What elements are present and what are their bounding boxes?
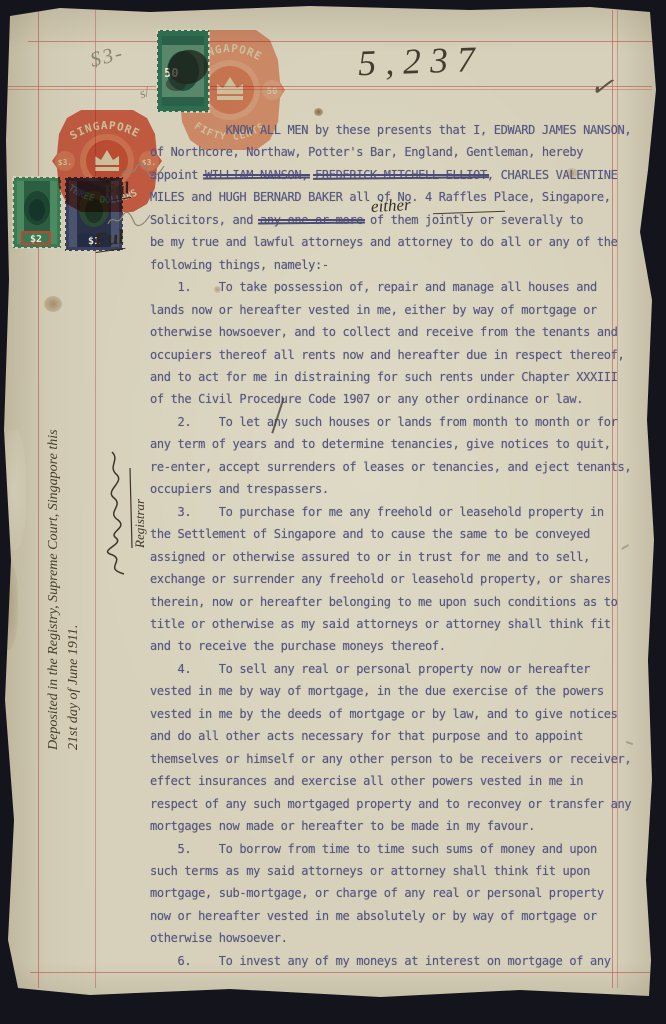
- typed-line: vested in me by way of mortgage, in the …: [150, 680, 652, 702]
- typed-line: appoint WILLIAM NANSON, FREDERICK MITCHE…: [150, 164, 652, 186]
- typed-line: 2. To let any such houses or lands from …: [150, 411, 652, 433]
- typed-line: following things, namely:-: [150, 254, 652, 276]
- typed-text: the Settlement of Singapore and to cause…: [150, 527, 590, 541]
- typed-text-block: KNOW ALL MEN by these presents that I, E…: [150, 119, 652, 972]
- stain-blotch-left-edge: [0, 560, 18, 650]
- ruled-line-top2b: [8, 89, 652, 90]
- typed-line: respect of any such mortgaged property a…: [150, 793, 652, 815]
- typed-line: re-enter, accept surrenders of leases or…: [150, 456, 652, 478]
- typed-line: 1. To take possession of, repair and man…: [150, 276, 652, 298]
- typed-line: and do all other acts necessary for that…: [150, 725, 652, 747]
- typed-text: themselves or himself or any other perso…: [150, 752, 631, 766]
- pencil-price-note: $3-: [87, 40, 126, 72]
- typed-line: vested in me by the deeds of mortgage or…: [150, 703, 652, 725]
- typed-line: exchange or surrender any freehold or le…: [150, 568, 652, 590]
- typed-text: 6. To invest any of my moneys at interes…: [150, 954, 611, 968]
- pencil-checkmark: ✓: [588, 69, 616, 106]
- typed-line: and to receive the purchase moneys there…: [150, 635, 652, 657]
- typed-line: otherwise howsoever.: [150, 927, 652, 949]
- typed-line: mortgage, sub-mortgage, or charge of any…: [150, 882, 652, 904]
- ruled-line-top2a: [8, 86, 652, 87]
- typed-line: KNOW ALL MEN by these presents that I, E…: [150, 119, 652, 141]
- typed-line: otherwise howsoever, and to collect and …: [150, 321, 652, 343]
- typed-text: re-enter, accept surrenders of leases or…: [150, 460, 631, 474]
- ruled-line-top: [28, 41, 652, 42]
- typed-text: title or otherwise as my said attorneys …: [150, 617, 611, 631]
- typed-text: lands now or hereafter vested in me, eit…: [150, 303, 597, 317]
- typed-text: vested in me by the deeds of mortgage or…: [150, 707, 617, 721]
- typed-line: of Northcore, Northaw, Potter's Bar, Eng…: [150, 141, 652, 163]
- typed-text: exchange or surrender any freehold or le…: [150, 572, 611, 586]
- stamp-value-left: $3.: [58, 158, 72, 167]
- typed-line: the Settlement of Singapore and to cause…: [150, 523, 652, 545]
- registrar-title: Registrar: [132, 499, 148, 548]
- typed-text: be my true and lawful attorneys and atto…: [150, 235, 617, 249]
- scanned-document-photo: 50 50 SINGAPORE FIFTY CENTS 50 $2: [0, 0, 666, 1024]
- typed-text: now or hereafter vested in me absolutely…: [150, 909, 597, 923]
- typed-text: KNOW ALL MEN by these presents that I, E…: [150, 123, 631, 137]
- typed-text: and to act for me in distraining for suc…: [150, 370, 617, 384]
- margin-line-left-1: [38, 10, 39, 988]
- typed-text: 5. To borrow from time to time such sums…: [150, 842, 597, 856]
- typed-text: 4. To sell any real or personal property…: [150, 662, 590, 676]
- typed-line: assigned or otherwise assured to or in t…: [150, 546, 652, 568]
- typed-line: occupiers and trespassers.: [150, 478, 652, 500]
- typed-text: assigned or otherwise assured to or in t…: [150, 550, 590, 564]
- typed-text: any term of years and to determine tenan…: [150, 437, 611, 451]
- typed-text: and to receive the purchase moneys there…: [150, 639, 446, 653]
- stain-spot: [44, 296, 62, 312]
- typed-line: now or hereafter vested in me absolutely…: [150, 905, 652, 927]
- typed-text: following things, namely:-: [150, 258, 329, 272]
- typed-line: 3. To purchase for me any freehold or le…: [150, 501, 652, 523]
- typed-text: mortgages now made or hereafter to be ma…: [150, 819, 535, 833]
- typed-line: effect insurances and exercise all other…: [150, 770, 652, 792]
- typed-line: lands now or hereafter vested in me, eit…: [150, 299, 652, 321]
- typed-text: 3. To purchase for me any freehold or le…: [150, 505, 604, 519]
- typed-text: otherwise howsoever, and to collect and …: [150, 325, 617, 339]
- typed-text: respect of any such mortgaged property a…: [150, 797, 631, 811]
- stain-blotch-left-edge: [0, 430, 26, 550]
- struck-text: WILLIAM NANSON,: [205, 168, 308, 182]
- typed-text: occupiers and trespassers.: [150, 482, 329, 496]
- typed-line: and to act for me in distraining for suc…: [150, 366, 652, 388]
- struck-text: FREDERICK MITCHELL ELLIOT: [315, 168, 487, 182]
- typed-line: 5. To borrow from time to time such sums…: [150, 838, 652, 860]
- struck-text: any one or more: [260, 213, 363, 227]
- pencil-small-note: s/: [137, 85, 152, 103]
- typed-text: and do all other acts necessary for that…: [150, 729, 583, 743]
- full-mark-1: Ful: [103, 179, 131, 202]
- typed-text: otherwise howsoever.: [150, 931, 288, 945]
- typed-line: themselves or himself or any other perso…: [150, 748, 652, 770]
- typed-line: be my true and lawful attorneys and atto…: [150, 231, 652, 253]
- adhesive-fifty-cent-stamp: 50: [156, 29, 210, 113]
- typed-line: any term of years and to determine tenan…: [150, 433, 652, 455]
- typed-line: occupiers thereof all rents now and here…: [150, 344, 652, 366]
- registry-note-line1: Deposited in the Registry, Supreme Court…: [46, 429, 62, 750]
- typed-text: of the Civil Procedure Code 1907 or any …: [150, 392, 583, 406]
- typed-text: vested in me by way of mortgage, in the …: [150, 684, 604, 698]
- typed-text: such terms as my said attorneys or attor…: [150, 864, 590, 878]
- typed-text: mortgage, sub-mortgage, or charge of any…: [150, 886, 604, 900]
- typed-text: , CHARLES VALENTINE: [487, 168, 618, 182]
- typed-text: effect insurances and exercise all other…: [150, 774, 583, 788]
- stamp-value: $2: [30, 234, 42, 245]
- typed-text: therein, now or hereafter belonging to m…: [150, 595, 617, 609]
- folio-number: 5,237: [357, 38, 484, 84]
- stain-spot: [314, 108, 323, 116]
- typed-text: 2. To let any such houses or lands from …: [150, 415, 617, 429]
- inserted-word-either: either: [371, 195, 412, 217]
- registry-note-line2: 21st day of June 1911.: [66, 625, 82, 750]
- document-page: 50 50 SINGAPORE FIFTY CENTS 50 $2: [0, 0, 666, 1024]
- full-mark-2: Ful: [93, 227, 126, 253]
- typed-text: Solicitors, and: [150, 213, 260, 227]
- typed-line: mortgages now made or hereafter to be ma…: [150, 815, 652, 837]
- typed-line: of the Civil Procedure Code 1907 or any …: [150, 388, 652, 410]
- typed-line: such terms as my said attorneys or attor…: [150, 860, 652, 882]
- typed-line: 4. To sell any real or personal property…: [150, 658, 652, 680]
- typed-line: title or otherwise as my said attorneys …: [150, 613, 652, 635]
- typed-text: occupiers thereof all rents now and here…: [150, 348, 624, 362]
- stamp-value-right: 50: [267, 87, 278, 97]
- typed-text: 1. To take possession of, repair and man…: [150, 280, 597, 294]
- typed-line: therein, now or hereafter belonging to m…: [150, 591, 652, 613]
- typed-line: 6. To invest any of my moneys at interes…: [150, 950, 652, 972]
- typed-text: of Northcore, Northaw, Potter's Bar, Eng…: [150, 145, 583, 159]
